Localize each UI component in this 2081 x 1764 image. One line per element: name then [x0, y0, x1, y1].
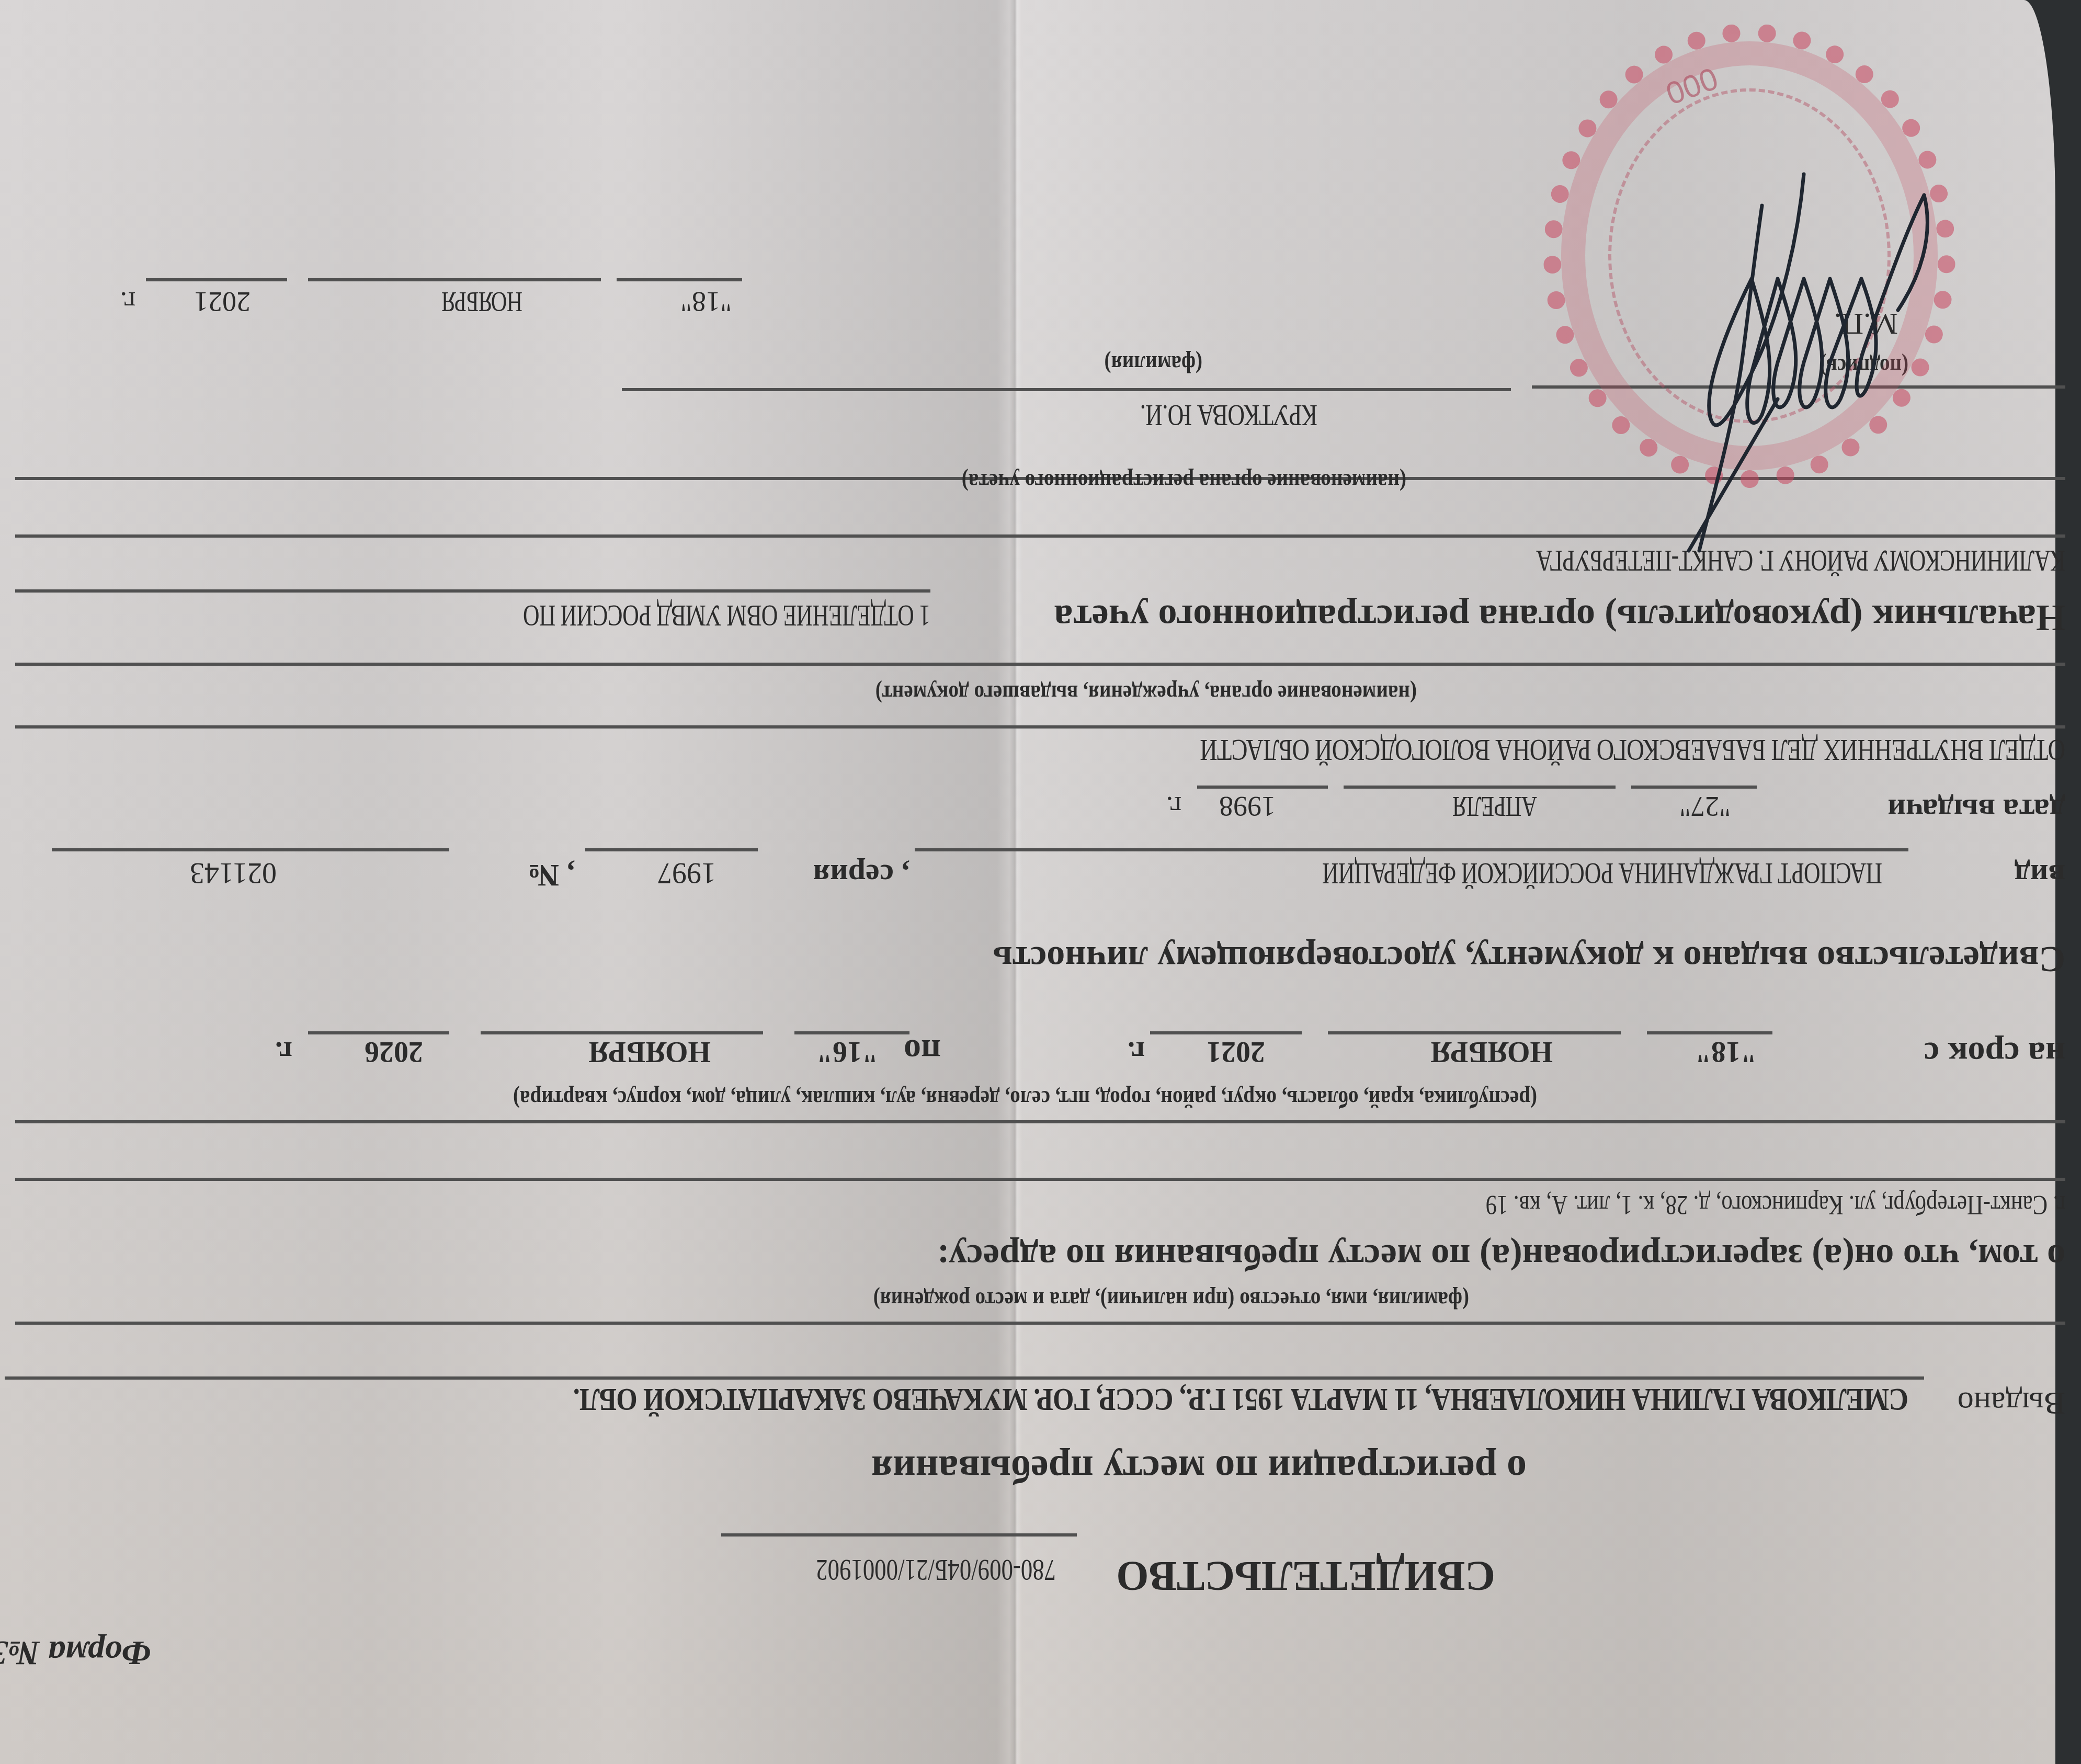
issue-date-day: "27"	[1679, 790, 1731, 823]
address-value: г. Санкт-Петербург, ул. Карпинского, д. …	[1486, 1189, 2065, 1220]
id-doc-kind-line	[915, 848, 1908, 851]
registration-certificate: Форма №3 СВИДЕТЕЛЬСТВО 780-009/04Б/21/00…	[0, 0, 2081, 1764]
issued-to-value: СМЕЛКОВА ГАЛИНА НИКОЛАЕВНА, 11 МАРТА 195…	[574, 1381, 1908, 1418]
certificate-number-underline	[721, 1533, 1077, 1537]
id-doc-number-value: 021143	[190, 856, 277, 890]
certificate-subtitle: о регистрации по месту пребывания	[871, 1447, 1527, 1492]
term-to-label: по	[904, 1031, 941, 1071]
sign-date-year: 2021	[194, 286, 251, 318]
id-doc-number-label: , №	[528, 857, 575, 893]
issue-date-month-line	[1344, 786, 1616, 789]
surname-value: КРУТКОВА Ю.И.	[1140, 398, 1317, 433]
issue-date-year: 1998	[1219, 790, 1276, 823]
term-from-month-line	[1328, 1031, 1621, 1034]
term-to-day: "16"	[816, 1035, 878, 1068]
term-from-day-line	[1647, 1031, 1772, 1034]
document-photo: Форма №3 СВИДЕТЕЛЬСТВО 780-009/04Б/21/00…	[0, 0, 2081, 1764]
handwritten-signature	[1626, 153, 2023, 572]
surname-line	[622, 388, 1511, 391]
term-to-day-line	[794, 1031, 909, 1034]
sign-date-year-suffix: г.	[120, 286, 135, 318]
issue-date-month: АПРЕЛЯ	[1453, 790, 1537, 823]
term-from-year-suffix: г.	[1128, 1035, 1145, 1068]
term-to-month: НОЯБРЯ	[588, 1035, 711, 1068]
issue-date-year-suffix: г.	[1166, 790, 1181, 823]
reg-authority-line-1	[15, 589, 930, 593]
address-line	[15, 1178, 2065, 1181]
issue-date-year-line	[1197, 786, 1328, 789]
registered-label: о том, что он(а) зарегистрирован(а) по м…	[937, 1236, 2065, 1278]
issuing-authority-line	[15, 725, 2065, 729]
term-from-year: 2021	[1207, 1035, 1265, 1068]
issuing-authority-hint: (наименование органа, учреждения, выдавш…	[875, 680, 1417, 708]
term-from-year-line	[1150, 1031, 1302, 1034]
certificate-number: 780-009/04Б/21/0001902	[816, 1553, 1056, 1586]
id-doc-number-line	[52, 848, 449, 851]
issue-date-label: дата выдачи	[1887, 792, 2065, 828]
reg-authority-hint: (наименование органа регистрационного уч…	[962, 468, 1406, 496]
id-doc-kind-value: ПАСПОРТ ГРАЖДАНИНА РОССИЙСКОЙ ФЕДЕРАЦИИ	[1323, 856, 1882, 890]
term-to-year-line	[308, 1031, 449, 1034]
certificate-title: СВИДЕТЕЛЬСТВО	[1116, 1552, 1495, 1599]
sign-date-day: "18"	[680, 286, 732, 318]
term-from-month: НОЯБРЯ	[1430, 1035, 1553, 1068]
id-doc-series-label: , серия	[813, 857, 909, 893]
id-doc-label: Свидетельство выдано к документу, удосто…	[993, 938, 2065, 980]
issue-date-day-line	[1631, 786, 1757, 789]
issued-to-hint: (фамилия, имя, отчество (при наличии), д…	[873, 1287, 1469, 1314]
term-to-year: 2026	[365, 1035, 423, 1068]
issued-to-line-2	[15, 1322, 2065, 1325]
term-from-day: "18"	[1695, 1035, 1757, 1068]
issuing-authority-line-2	[15, 663, 2065, 666]
sign-date-month-line	[308, 278, 601, 281]
surname-hint: (фамилия)	[1105, 350, 1202, 378]
issuing-authority-value: ОТДЕЛ ВНУТРЕННИХ ДЕЛ БАБАЕВСКОГО РАЙОНА …	[1200, 733, 2065, 768]
term-label: на срок с	[1924, 1034, 2065, 1074]
reg-authority-value-1: 1 ОТДЕЛЕНИЕ ОВМ УМВД РОССИИ ПО	[524, 598, 930, 632]
id-doc-series-line	[585, 848, 758, 851]
id-doc-kind-label: вид	[2015, 857, 2065, 893]
address-hint: (республика, край, область, округ, район…	[513, 1085, 1537, 1113]
sign-date-year-line	[146, 278, 287, 281]
sign-date-month: НОЯБРЯ	[442, 286, 522, 318]
head-label: Начальник (руководитель) органа регистра…	[1054, 596, 2065, 640]
issued-to-label: Выдано	[1958, 1384, 2065, 1421]
term-to-year-suffix: г.	[275, 1035, 292, 1068]
address-line-2	[15, 1120, 2065, 1123]
form-number: Форма №3	[0, 1633, 151, 1672]
sign-date-day-line	[617, 278, 742, 281]
term-to-month-line	[481, 1031, 763, 1034]
issued-to-line	[5, 1376, 1924, 1380]
id-doc-series-value: 1997	[657, 856, 716, 890]
